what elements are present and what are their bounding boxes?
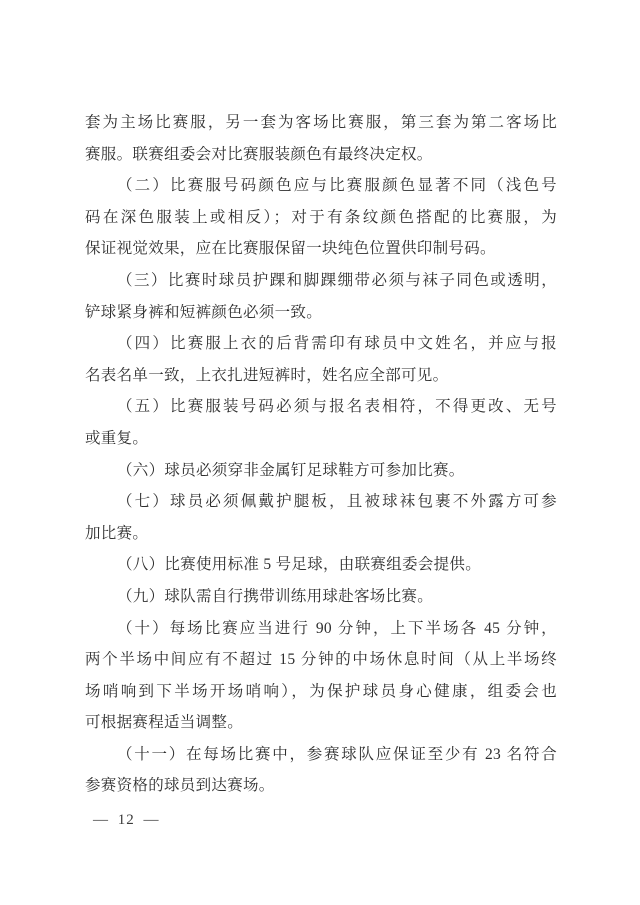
text-line: 名表名单一致，上衣扎进短裤时，姓名应全部可见。 [85,360,557,392]
text-line: （十）每场比赛应当进行 90 分钟，上下半场各 45 分钟， [85,613,557,645]
text-line: （五）比赛服装号码必须与报名表相符，不得更改、无号 [85,391,557,423]
text-line: （八）比赛使用标准 5 号足球，由联赛组委会提供。 [85,549,557,581]
page-number: — 12 — [93,812,160,829]
text-line: 或重复。 [85,423,557,455]
text-line: （四）比赛服上衣的后背需印有球员中文姓名，并应与报 [85,328,557,360]
text-line: （七）球员必须佩戴护腿板，且被球袜包裹不外露方可参 [85,486,557,518]
text-line: （九）球队需自行携带训练用球赴客场比赛。 [85,581,557,613]
text-line: 赛服。联赛组委会对比赛服装颜色有最终决定权。 [85,139,557,171]
text-line: 加比赛。 [85,518,557,550]
text-line: 两个半场中间应有不超过 15 分钟的中场休息时间（从上半场终 [85,644,557,676]
body-text: 套为主场比赛服，另一套为客场比赛服，第三套为第二客场比赛服。联赛组委会对比赛服装… [85,107,557,802]
text-line: 可根据赛程适当调整。 [85,707,557,739]
text-line: 参赛资格的球员到达赛场。 [85,770,557,802]
text-line: （六）球员必须穿非金属钉足球鞋方可参加比赛。 [85,455,557,487]
text-line: 铲球紧身裤和短裤颜色必须一致。 [85,297,557,329]
text-line: 保证视觉效果，应在比赛服保留一块纯色位置供印制号码。 [85,233,557,265]
text-line: 码在深色服装上或相反）；对于有条纹颜色搭配的比赛服，为 [85,202,557,234]
text-line: 场哨响到下半场开场哨响），为保护球员身心健康，组委会也 [85,676,557,708]
text-line: （三）比赛时球员护踝和脚踝绷带必须与袜子同色或透明， [85,265,557,297]
text-line: （十一）在每场比赛中，参赛球队应保证至少有 23 名符合 [85,739,557,771]
document-page: 套为主场比赛服，另一套为客场比赛服，第三套为第二客场比赛服。联赛组委会对比赛服装… [0,0,640,905]
text-line: （二）比赛服号码颜色应与比赛服颜色显著不同（浅色号 [85,170,557,202]
text-line: 套为主场比赛服，另一套为客场比赛服，第三套为第二客场比 [85,107,557,139]
